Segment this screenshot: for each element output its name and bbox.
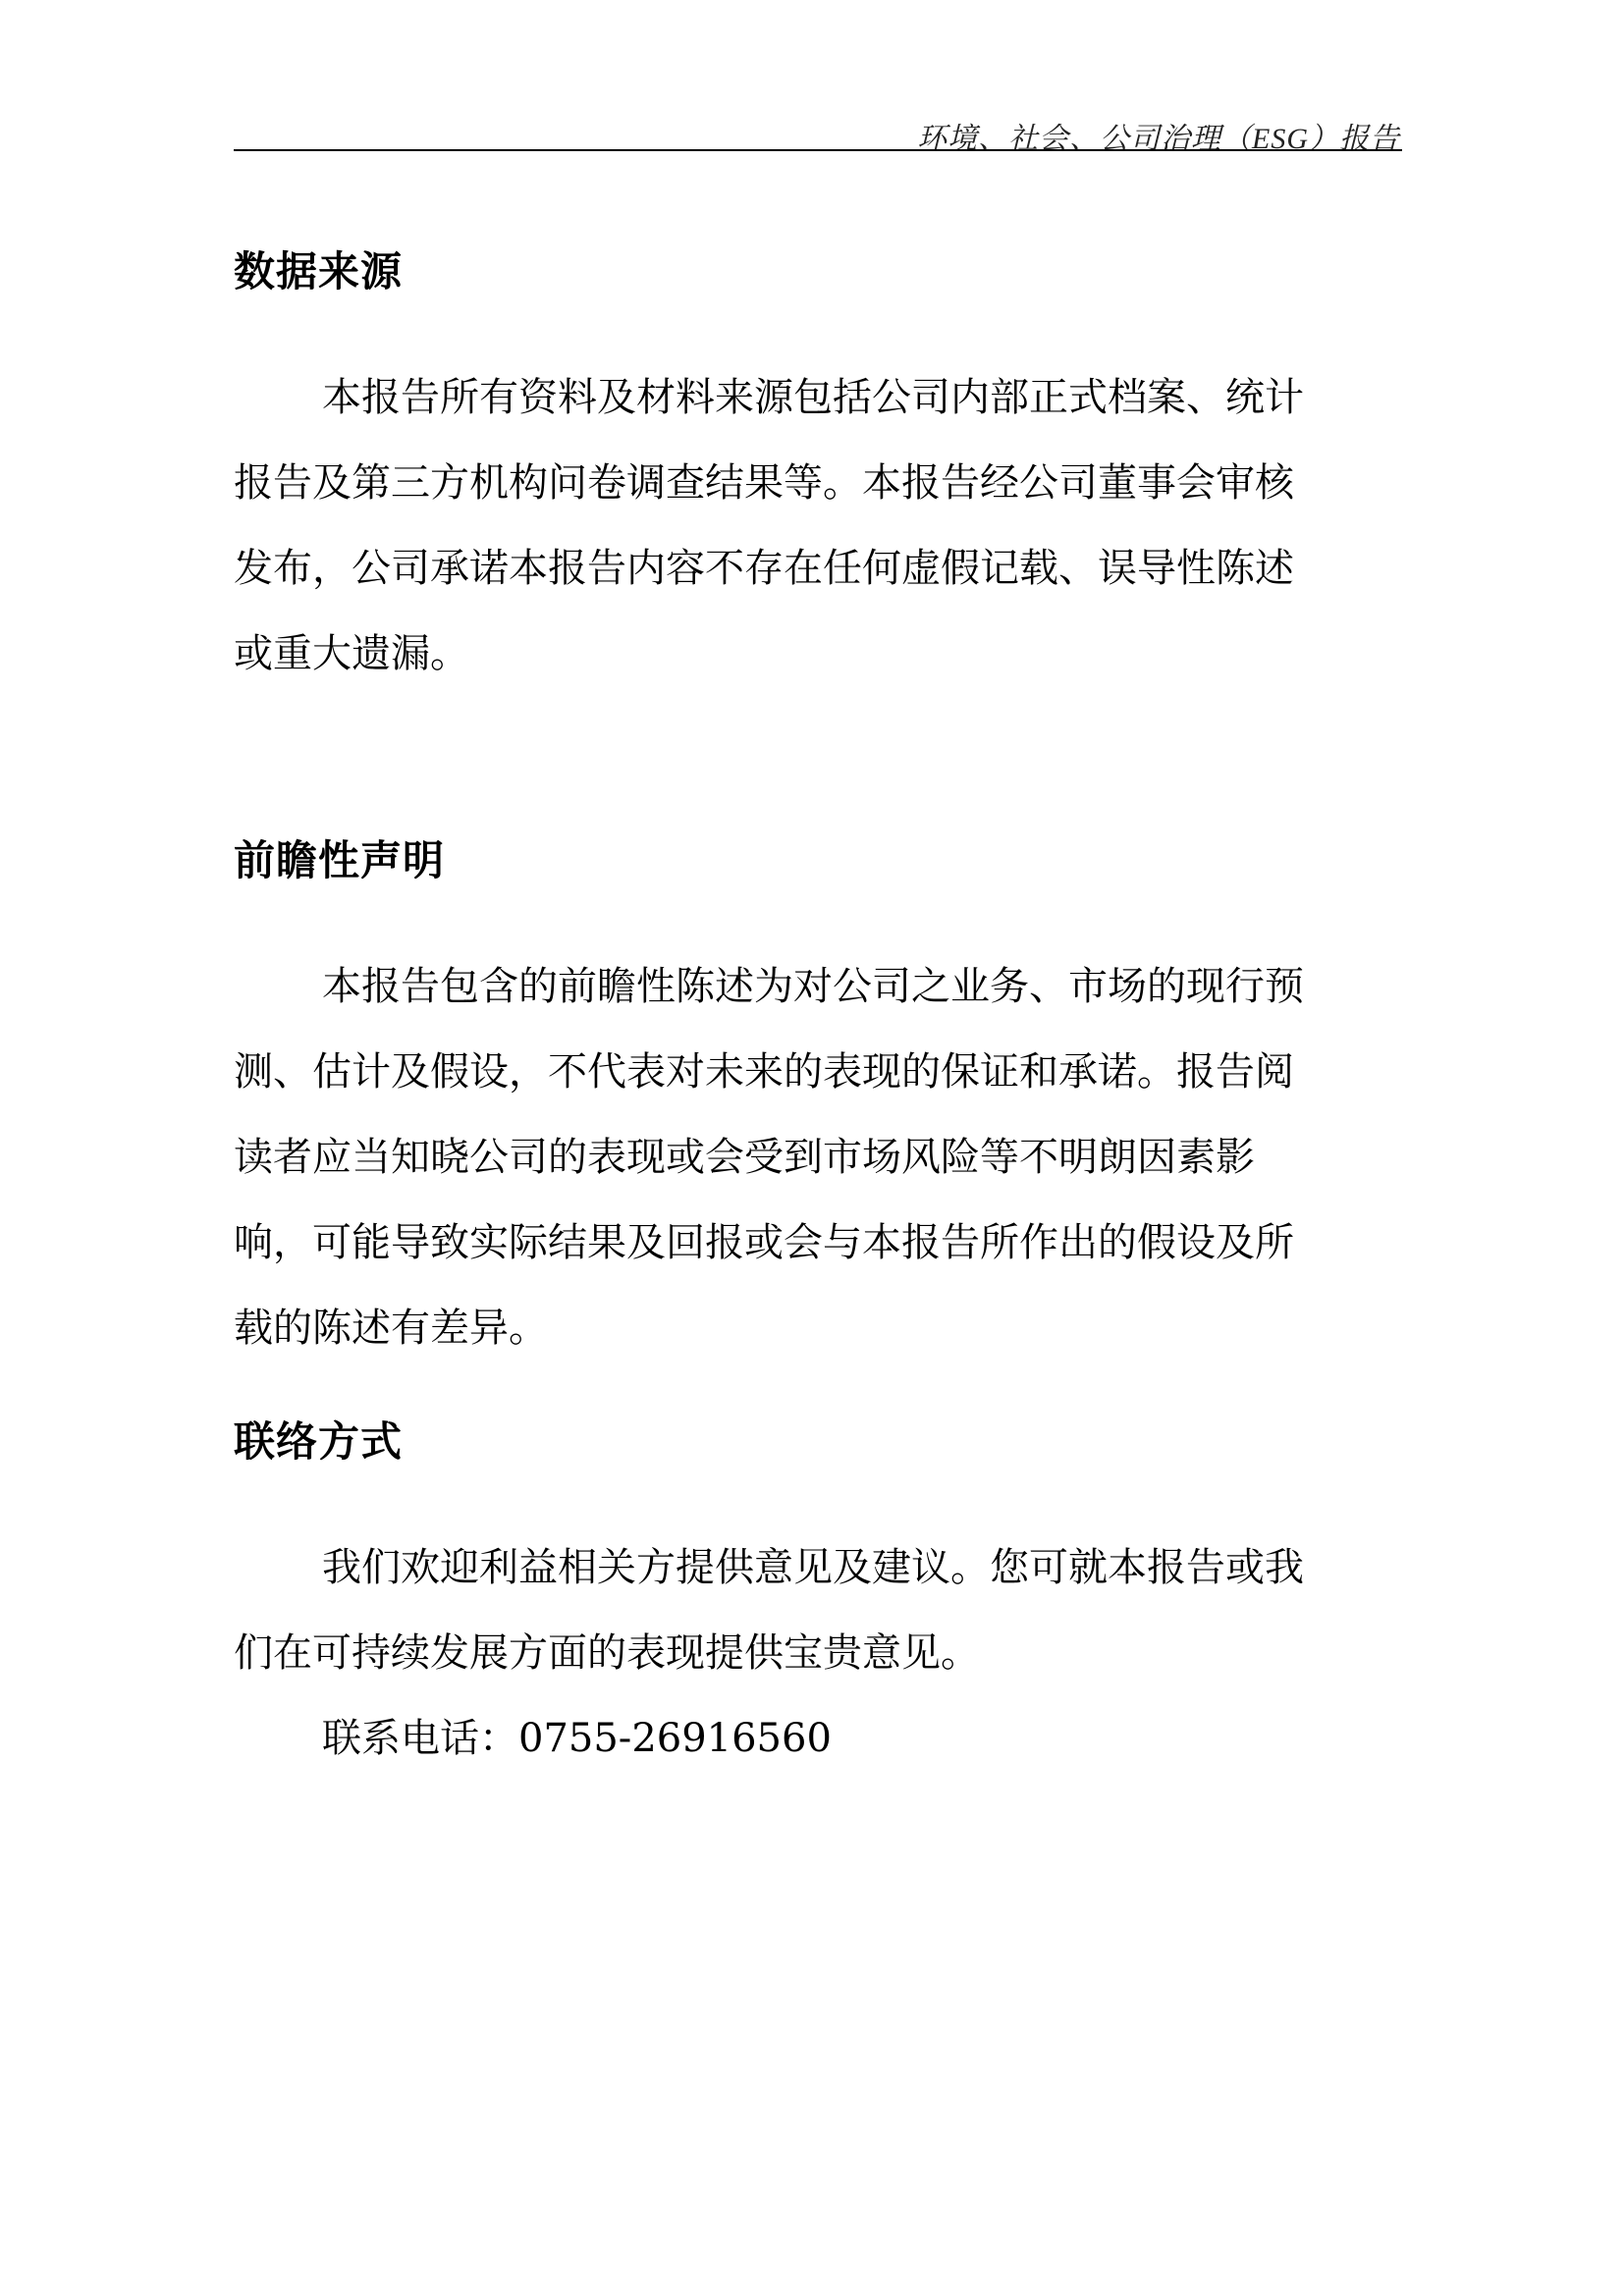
section-body-contact: 我们欢迎利益相关方提供意见及建议。您可就本报告或我 们在可持续发展方面的表现提供… bbox=[234, 1525, 1402, 1782]
paragraph-line: 本报告包含的前瞻性陈述为对公司之业务、市场的现行预 bbox=[234, 944, 1402, 1030]
paragraph-line: 或重大遗漏。 bbox=[234, 612, 1402, 697]
section-heading-contact: 联络方式 bbox=[234, 1421, 403, 1463]
header-divider bbox=[234, 149, 1402, 151]
section-body-forward-looking: 本报告包含的前瞻性陈述为对公司之业务、市场的现行预 测、估计及假设，不代表对未来… bbox=[234, 944, 1402, 1371]
paragraph-line: 测、估计及假设，不代表对未来的表现的保证和承诺。报告阅 bbox=[234, 1030, 1402, 1115]
paragraph-line: 读者应当知晓公司的表现或会受到市场风险等不明朗因素影 bbox=[234, 1115, 1402, 1201]
section-heading-data-sources: 数据来源 bbox=[234, 251, 403, 293]
phone-number: 0755-26916560 bbox=[518, 1716, 832, 1761]
paragraph-line: 报告及第三方机构问卷调查结果等。本报告经公司董事会审核 bbox=[234, 441, 1402, 526]
paragraph-line: 载的陈述有差异。 bbox=[234, 1286, 1402, 1371]
paragraph-line: 我们欢迎利益相关方提供意见及建议。您可就本报告或我 bbox=[234, 1525, 1402, 1611]
phone-label: 联系电话： bbox=[322, 1716, 518, 1761]
paragraph-line: 发布，公司承诺本报告内容不存在任何虚假记载、误导性陈述 bbox=[234, 526, 1402, 612]
paragraph-line: 们在可持续发展方面的表现提供宝贵意见。 bbox=[234, 1611, 1402, 1696]
paragraph-line: 响，可能导致实际结果及回报或会与本报告所作出的假设及所 bbox=[234, 1201, 1402, 1286]
section-heading-forward-looking: 前瞻性声明 bbox=[234, 840, 445, 881]
paragraph-line: 本报告所有资料及材料来源包括公司内部正式档案、统计 bbox=[234, 355, 1402, 441]
section-body-data-sources: 本报告所有资料及材料来源包括公司内部正式档案、统计 报告及第三方机构问卷调查结果… bbox=[234, 355, 1402, 697]
contact-phone-line: 联系电话：0755-26916560 bbox=[234, 1696, 1402, 1782]
